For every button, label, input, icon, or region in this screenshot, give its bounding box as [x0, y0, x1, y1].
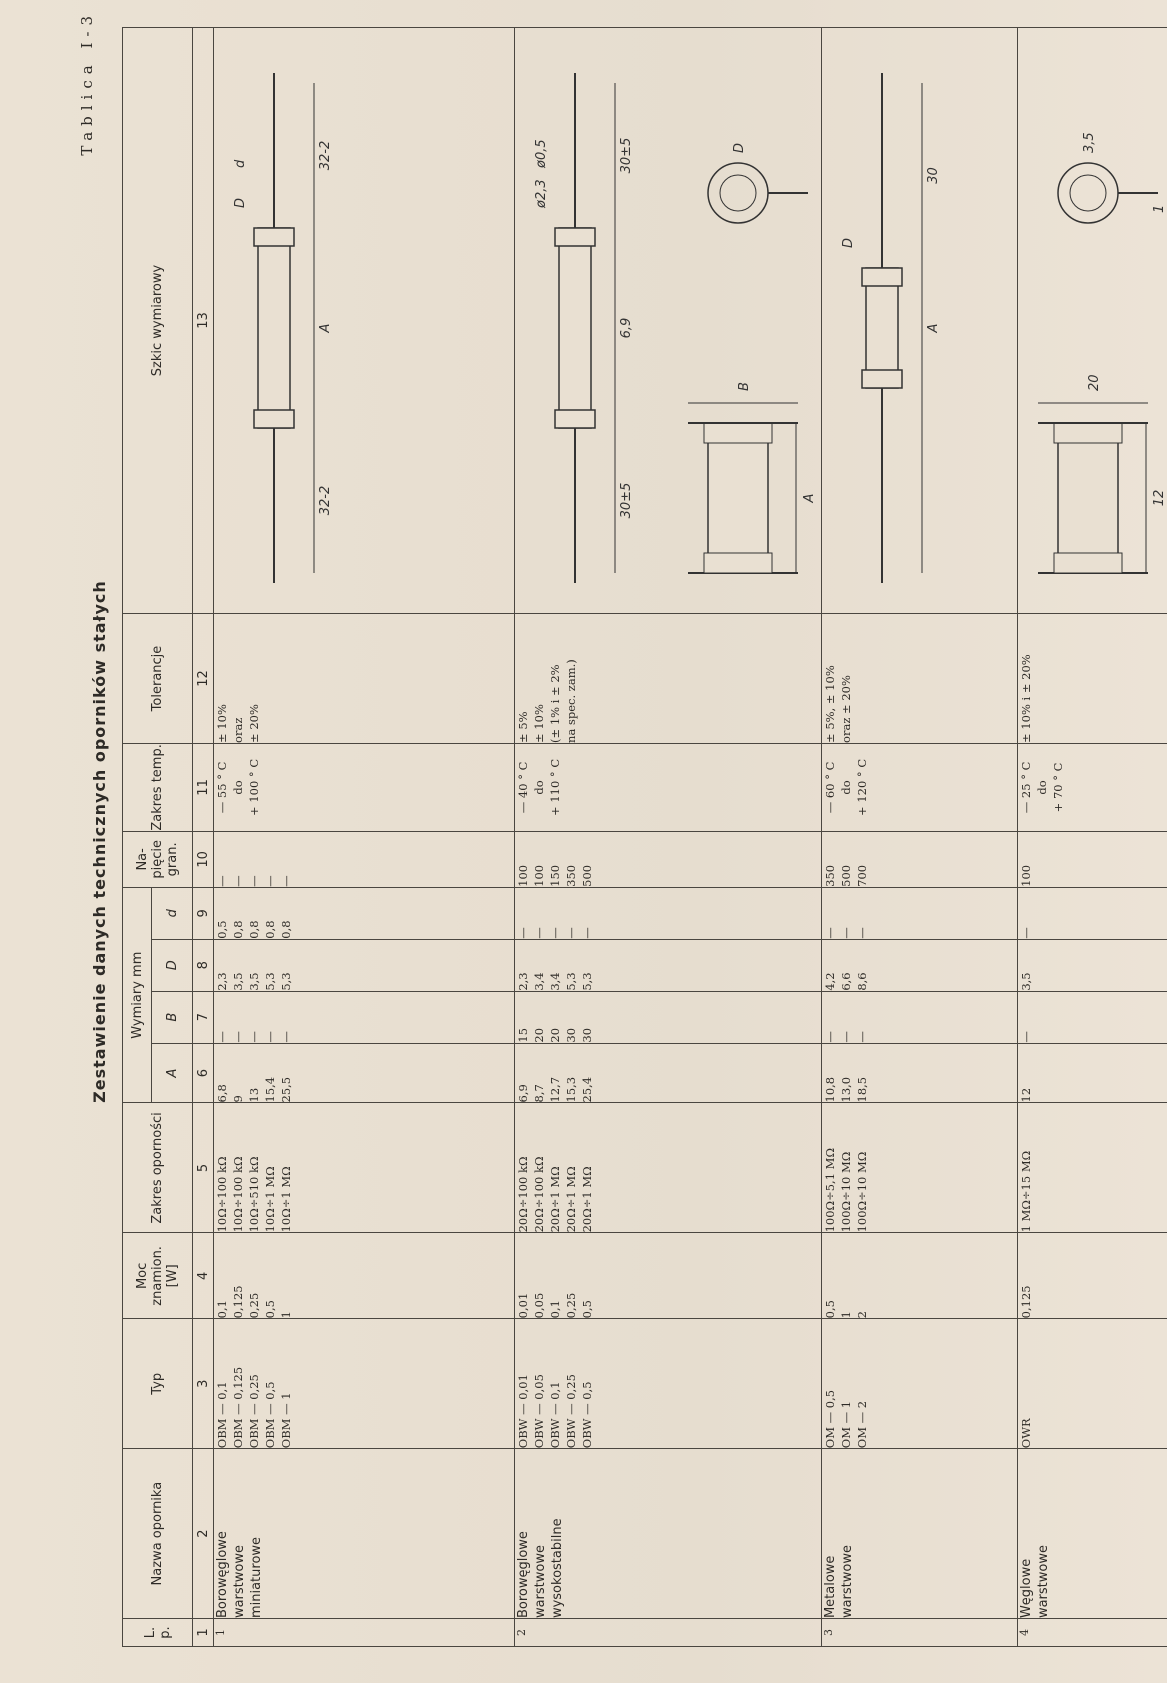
- resistor-drawing-icon: A B D: [668, 43, 818, 613]
- header-dimensions: Wymiary mm: [123, 887, 152, 1103]
- header-temp: Zakres temp.: [123, 743, 193, 831]
- header-sketch: Szkic wymiarowy: [123, 28, 193, 614]
- resistor-drawing-icon: A 32-2 32-2 D d: [214, 43, 364, 613]
- rated-power: 0,10,1250,250,51: [214, 1233, 515, 1319]
- cell-line: Metalowe: [822, 1449, 839, 1618]
- cell-line: 15,4: [262, 1044, 278, 1103]
- row-number: 3: [822, 1619, 1018, 1647]
- cell-line: 3,4: [531, 940, 547, 991]
- cell-line: 18,5: [854, 1044, 870, 1103]
- svg-text:ø2,3: ø2,3: [534, 179, 549, 209]
- cell-line: OBW — 0,25: [563, 1319, 579, 1448]
- cell-line: miniaturowe: [248, 1449, 265, 1618]
- colnum: 7: [193, 991, 214, 1043]
- resistor-drawing-icon: 6,9 30±5 30±5 ø2,3 ø0,5: [515, 43, 665, 613]
- resistor-type: OBM — 0,1OBM — 0,125OBM — 0,25OBM — 0,5O…: [214, 1319, 515, 1449]
- svg-text:6,9: 6,9: [619, 318, 634, 339]
- colnum: 8: [193, 939, 214, 991]
- cell-line: 0,5: [579, 1233, 595, 1318]
- resistor-name: Borowęglowewarstwoweminiaturowe: [214, 1449, 515, 1619]
- scanned-page: Tablica I-3 Zestawienie danych techniczn…: [0, 0, 1167, 1683]
- dim-d: 0,50,80,80,80,8: [214, 887, 515, 939]
- rated-power: 0,125: [1018, 1233, 1167, 1319]
- colnum: 4: [193, 1233, 214, 1319]
- cell-line: warstwowe: [839, 1449, 856, 1618]
- cell-line: OBM — 0,1: [214, 1319, 230, 1448]
- cell-line: 13,0: [838, 1044, 854, 1103]
- dim-D: 4,26,68,6: [822, 939, 1018, 991]
- cell-line: —: [822, 992, 838, 1043]
- cell-line: —: [262, 992, 278, 1043]
- cell-line: OBM — 0,25: [246, 1319, 262, 1448]
- cell-line: ± 5%: [515, 614, 531, 743]
- dim-B: —————: [214, 991, 515, 1043]
- cell-line: —: [838, 992, 854, 1043]
- cell-line: 20Ω÷1 MΩ: [547, 1104, 563, 1233]
- cell-line: 5,3: [262, 940, 278, 991]
- cell-line: 100Ω÷5,1 MΩ: [822, 1104, 838, 1233]
- cell-line: wysokostabilne: [549, 1449, 566, 1618]
- cell-line: 0,01: [515, 1233, 531, 1318]
- header-tolerance: Tolerancje: [123, 614, 193, 744]
- cell-line: + 120 ° C: [854, 744, 870, 831]
- colnum: 10: [193, 831, 214, 887]
- svg-text:30±5: 30±5: [619, 483, 634, 519]
- cell-line: OBW — 0,5: [579, 1319, 595, 1448]
- cell-line: 0,8: [278, 888, 294, 939]
- header-type: Typ: [123, 1319, 193, 1449]
- cell-line: 10Ω÷100 kΩ: [230, 1104, 246, 1233]
- cell-line: 20Ω÷1 MΩ: [579, 1104, 595, 1233]
- cell-line: 1 MΩ÷15 MΩ: [1018, 1104, 1034, 1233]
- svg-text:ø0,5: ø0,5: [534, 139, 549, 169]
- temperature-range: — 60 ° Cdo+ 120 ° C: [822, 743, 1018, 831]
- cell-line: OM — 2: [854, 1319, 870, 1448]
- cell-line: —: [278, 992, 294, 1043]
- cell-line: OM — 0,5: [822, 1319, 838, 1448]
- cell-line: 6,6: [838, 940, 854, 991]
- header-dim-D: D: [152, 939, 193, 991]
- cell-line: 25,4: [579, 1044, 595, 1103]
- cell-line: 20Ω÷1 MΩ: [563, 1104, 579, 1233]
- dim-D: 3,5: [1018, 939, 1167, 991]
- cell-line: 100: [531, 832, 547, 887]
- cell-line: —: [563, 888, 579, 939]
- cell-line: 2,3: [515, 940, 531, 991]
- colnum: 3: [193, 1319, 214, 1449]
- cell-line: warstwowe: [231, 1449, 248, 1618]
- cell-line: 20Ω÷100 kΩ: [515, 1104, 531, 1233]
- resistor-drawing-icon: A 30 D: [822, 43, 942, 613]
- colnum: 11: [193, 743, 214, 831]
- cell-line: 10Ω÷100 kΩ: [214, 1104, 230, 1233]
- cell-line: 12: [1018, 1044, 1034, 1103]
- dim-A: 12: [1018, 1043, 1167, 1103]
- cell-line: 30: [563, 992, 579, 1043]
- cell-line: 5,3: [278, 940, 294, 991]
- svg-text:A: A: [318, 324, 333, 334]
- cell-line: 20: [531, 992, 547, 1043]
- cell-line: —: [214, 992, 230, 1043]
- svg-text:D: D: [732, 143, 747, 153]
- cell-line: warstwowe: [532, 1449, 549, 1618]
- dim-d: ———: [822, 887, 1018, 939]
- resistance-range: 20Ω÷100 kΩ20Ω÷100 kΩ20Ω÷1 MΩ20Ω÷1 MΩ20Ω÷…: [515, 1103, 822, 1233]
- dim-D: 2,33,43,45,35,3: [515, 939, 822, 991]
- dim-A: 6,98,712,715,325,4: [515, 1043, 822, 1103]
- cell-line: — 55 ° C: [214, 744, 230, 831]
- table-row: 3 Metalowewarstwowe OM — 0,5OM — 1OM — 2…: [822, 28, 1018, 1647]
- dimension-sketch: 12 20 3,5 1: [1018, 28, 1167, 614]
- cell-line: 2,3: [214, 940, 230, 991]
- row-number: 1: [214, 1619, 515, 1647]
- cell-line: OWR: [1018, 1319, 1034, 1448]
- cell-line: oraz ± 20%: [838, 614, 854, 743]
- cell-line: —: [214, 832, 230, 887]
- cell-line: 0,125: [1018, 1233, 1034, 1318]
- svg-text:A: A: [926, 324, 941, 334]
- cell-line: —: [854, 992, 870, 1043]
- svg-text:32-2: 32-2: [318, 486, 333, 516]
- svg-text:d: d: [233, 159, 248, 168]
- resistance-range: 100Ω÷5,1 MΩ100Ω÷10 MΩ100Ω÷10 MΩ: [822, 1103, 1018, 1233]
- dimension-sketch: A 30 D: [822, 28, 1018, 614]
- cell-line: 700: [854, 832, 870, 887]
- tolerance: ± 10%oraz± 20%: [214, 614, 515, 744]
- cell-line: —: [515, 888, 531, 939]
- cell-line: 500: [838, 832, 854, 887]
- cell-line: 0,1: [214, 1233, 230, 1318]
- svg-text:D: D: [233, 198, 248, 208]
- colnum: 1: [193, 1619, 214, 1647]
- cell-line: 9: [230, 1044, 246, 1103]
- cell-line: 100Ω÷10 MΩ: [854, 1104, 870, 1233]
- table-row: 1 Borowęglowewarstwoweminiaturowe OBM — …: [214, 28, 515, 1647]
- header-dim-A: A: [152, 1043, 193, 1103]
- tolerance: ± 5%± 10%(± 1% i ± 2%na spec. zam.): [515, 614, 822, 744]
- cell-line: 0,125: [230, 1233, 246, 1318]
- dim-d: —————: [515, 887, 822, 939]
- cell-line: (± 1% i ± 2%: [547, 614, 563, 743]
- temperature-range: — 40 ° Cdo+ 110 ° C: [515, 743, 822, 831]
- cell-line: warstwowe: [1035, 1449, 1052, 1618]
- cell-line: ± 10%: [531, 614, 547, 743]
- dim-B: 1520203030: [515, 991, 822, 1043]
- cell-line: Borowęglowe: [515, 1449, 532, 1618]
- cell-line: —: [230, 832, 246, 887]
- svg-text:3,5: 3,5: [1082, 132, 1097, 153]
- cell-line: OBW — 0,1: [547, 1319, 563, 1448]
- dim-D: 2,33,53,55,35,3: [214, 939, 515, 991]
- cell-line: + 100 ° C: [246, 744, 262, 831]
- cell-line: 12,7: [547, 1044, 563, 1103]
- rated-power: 0,512: [822, 1233, 1018, 1319]
- resistor-type: OWR: [1018, 1319, 1167, 1449]
- cell-line: Borowęglowe: [214, 1449, 231, 1618]
- resistor-data-table: L. p. Nazwa opornika Typ Moc znamion. [W…: [122, 27, 1167, 1647]
- cell-line: 20Ω÷100 kΩ: [531, 1104, 547, 1233]
- cell-line: —: [246, 992, 262, 1043]
- resistance-range: 1 MΩ÷15 MΩ: [1018, 1103, 1167, 1233]
- cell-line: 6,8: [214, 1044, 230, 1103]
- cell-line: 0,25: [563, 1233, 579, 1318]
- cell-line: 150: [547, 832, 563, 887]
- cell-line: 100: [1018, 832, 1034, 887]
- cell-line: —: [1018, 992, 1034, 1043]
- rotated-landscape-page: Tablica I-3 Zestawienie danych techniczn…: [0, 0, 1167, 1683]
- svg-text:D: D: [841, 238, 856, 248]
- cell-line: 0,8: [230, 888, 246, 939]
- cell-line: OBW — 0,05: [531, 1319, 547, 1448]
- cell-line: 0,05: [531, 1233, 547, 1318]
- cell-line: do: [838, 744, 854, 831]
- table-row: 4 Węglowewarstwowe OWR 0,125 1 MΩ÷15 MΩ …: [1018, 28, 1167, 1647]
- row-number: 2: [515, 1619, 822, 1647]
- header-power: Moc znamion. [W]: [123, 1233, 193, 1319]
- row-number: 4: [1018, 1619, 1167, 1647]
- cell-line: OBM — 1: [278, 1319, 294, 1448]
- cell-line: 5,3: [579, 940, 595, 991]
- dimension-sketch: 6,9 30±5 30±5 ø2,3 ø0,5 A B D: [515, 28, 822, 614]
- cell-line: 100: [515, 832, 531, 887]
- colnum: 2: [193, 1449, 214, 1619]
- svg-text:1: 1: [1152, 205, 1167, 213]
- cell-line: na spec. zam.): [563, 614, 579, 743]
- colnum: 12: [193, 614, 214, 744]
- cell-line: —: [547, 888, 563, 939]
- svg-text:12: 12: [1152, 490, 1167, 507]
- cell-line: 0,5: [214, 888, 230, 939]
- header-dim-B: B: [152, 991, 193, 1043]
- resistance-range: 10Ω÷100 kΩ10Ω÷100 kΩ10Ω÷510 kΩ10Ω÷1 MΩ10…: [214, 1103, 515, 1233]
- cell-line: 0,5: [822, 1233, 838, 1318]
- cell-line: 3,5: [230, 940, 246, 991]
- cell-line: 350: [822, 832, 838, 887]
- dimension-sketch: A 32-2 32-2 D d: [214, 28, 515, 614]
- table-row: 2 Borowęglowewarstwowewysokostabilne OBW…: [515, 28, 822, 1647]
- limit-voltage: 350500700: [822, 831, 1018, 887]
- header-lp: L. p.: [123, 1619, 193, 1647]
- cell-line: oraz: [230, 614, 246, 743]
- cell-line: 500: [579, 832, 595, 887]
- cell-line: —: [262, 832, 278, 887]
- cell-line: —: [822, 888, 838, 939]
- cell-line: 10Ω÷510 kΩ: [246, 1104, 262, 1233]
- cell-line: —: [1018, 888, 1034, 939]
- rated-power: 0,010,050,10,250,5: [515, 1233, 822, 1319]
- resistor-type: OM — 0,5OM — 1OM — 2: [822, 1319, 1018, 1449]
- tolerance: ± 10% i ± 20%: [1018, 614, 1167, 744]
- header-resistance: Zakres oporności: [123, 1103, 193, 1233]
- cell-line: 0,25: [246, 1233, 262, 1318]
- svg-text:B: B: [737, 382, 752, 391]
- cell-line: OM — 1: [838, 1319, 854, 1448]
- cell-line: —: [531, 888, 547, 939]
- page-title: Zestawienie danych technicznych opornikó…: [90, 0, 109, 1683]
- colnum: 9: [193, 887, 214, 939]
- cell-line: do: [1034, 744, 1050, 831]
- cell-line: 0,8: [262, 888, 278, 939]
- svg-text:30: 30: [926, 167, 941, 184]
- cell-line: — 25 ° C: [1018, 744, 1034, 831]
- resistor-type: OBW — 0,01OBW — 0,05OBW — 0,1OBW — 0,25O…: [515, 1319, 822, 1449]
- cell-line: 2: [854, 1233, 870, 1318]
- limit-voltage: 100100150350500: [515, 831, 822, 887]
- cell-line: ± 10% i ± 20%: [1018, 614, 1034, 743]
- cell-line: 3,4: [547, 940, 563, 991]
- tolerance: ± 5%, ± 10%oraz ± 20%: [822, 614, 1018, 744]
- cell-line: do: [230, 744, 246, 831]
- colnum: 5: [193, 1103, 214, 1233]
- dim-A: 6,891315,425,5: [214, 1043, 515, 1103]
- dim-A: 10,813,018,5: [822, 1043, 1018, 1103]
- cell-line: + 110 ° C: [547, 744, 563, 831]
- cell-line: 0,1: [547, 1233, 563, 1318]
- cell-line: 15: [515, 992, 531, 1043]
- cell-line: 100Ω÷10 MΩ: [838, 1104, 854, 1233]
- cell-line: + 70 ° C: [1050, 744, 1066, 831]
- cell-line: 3,5: [1018, 940, 1034, 991]
- header-voltage: Na- pięcie gran.: [123, 831, 193, 887]
- cell-line: 350: [563, 832, 579, 887]
- dim-B: ———: [822, 991, 1018, 1043]
- cell-line: do: [531, 744, 547, 831]
- cell-line: — 40 ° C: [515, 744, 531, 831]
- dim-B: —: [1018, 991, 1167, 1043]
- cell-line: —: [579, 888, 595, 939]
- resistor-drawing-icon: 12 20 3,5 1: [1018, 43, 1167, 613]
- temperature-range: — 55 ° Cdo+ 100 ° C: [214, 743, 515, 831]
- cell-line: 1: [838, 1233, 854, 1318]
- limit-voltage: —————: [214, 831, 515, 887]
- header-dim-d: d: [152, 887, 193, 939]
- cell-line: 25,5: [278, 1044, 294, 1103]
- temperature-range: — 25 ° Cdo+ 70 ° C: [1018, 743, 1167, 831]
- cell-line: OBM — 0,5: [262, 1319, 278, 1448]
- cell-line: 3,5: [246, 940, 262, 991]
- cell-line: 10Ω÷1 MΩ: [262, 1104, 278, 1233]
- cell-line: —: [230, 992, 246, 1043]
- resistor-name: Borowęglowewarstwowewysokostabilne: [515, 1449, 822, 1619]
- cell-line: 13: [246, 1044, 262, 1103]
- cell-line: OBM — 0,125: [230, 1319, 246, 1448]
- limit-voltage: 100: [1018, 831, 1167, 887]
- cell-line: —: [838, 888, 854, 939]
- cell-line: 20: [547, 992, 563, 1043]
- svg-text:30±5: 30±5: [619, 138, 634, 174]
- svg-text:20: 20: [1087, 375, 1102, 392]
- cell-line: 30: [579, 992, 595, 1043]
- cell-line: 6,9: [515, 1044, 531, 1103]
- cell-line: 5,3: [563, 940, 579, 991]
- cell-line: 8,7: [531, 1044, 547, 1103]
- svg-text:32-2: 32-2: [318, 141, 333, 171]
- svg-text:A: A: [802, 494, 817, 504]
- cell-line: —: [854, 888, 870, 939]
- cell-line: 10,8: [822, 1044, 838, 1103]
- colnum: 13: [193, 28, 214, 614]
- header-name: Nazwa opornika: [123, 1449, 193, 1619]
- cell-line: 8,6: [854, 940, 870, 991]
- cell-line: ± 20%: [246, 614, 262, 743]
- cell-line: 4,2: [822, 940, 838, 991]
- cell-line: 0,5: [262, 1233, 278, 1318]
- cell-line: —: [278, 832, 294, 887]
- colnum: 6: [193, 1043, 214, 1103]
- cell-line: — 60 ° C: [822, 744, 838, 831]
- cell-line: 10Ω÷1 MΩ: [278, 1104, 294, 1233]
- resistor-name: Metalowewarstwowe: [822, 1449, 1018, 1619]
- cell-line: 15,3: [563, 1044, 579, 1103]
- cell-line: Węglowe: [1018, 1449, 1035, 1618]
- cell-line: 0,8: [246, 888, 262, 939]
- cell-line: —: [246, 832, 262, 887]
- cell-line: ± 10%: [214, 614, 230, 743]
- resistor-name: Węglowewarstwowe: [1018, 1449, 1167, 1619]
- cell-line: ± 5%, ± 10%: [822, 614, 838, 743]
- cell-line: OBW — 0,01: [515, 1319, 531, 1448]
- cell-line: 1: [278, 1233, 294, 1318]
- dim-d: —: [1018, 887, 1167, 939]
